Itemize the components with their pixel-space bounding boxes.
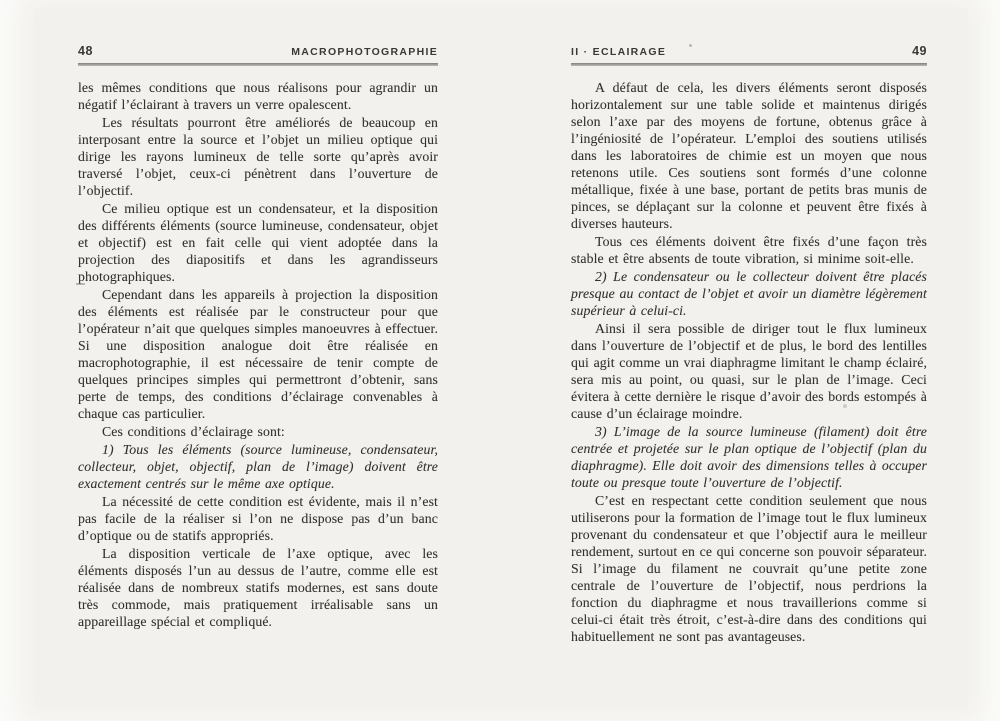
paragraph: Ce milieu optique est un condensateur, e… [78, 200, 438, 285]
paragraph: Ainsi il sera possible de diriger tout l… [571, 320, 927, 422]
page-left-body: les mêmes conditions que nous réalisons … [78, 79, 438, 630]
scan-artifact [76, 283, 85, 285]
page-left-header: 48 MACROPHOTOGRAPHIE [78, 44, 438, 58]
paragraph: 2) Le condensateur ou le collecteur doiv… [571, 268, 927, 319]
paragraph: C’est en respectant cette condition seul… [571, 492, 927, 645]
paragraph: 1) Tous les éléments (source lumineuse, … [78, 441, 438, 492]
page-number-right: 49 [912, 44, 927, 58]
page-number-left: 48 [78, 44, 93, 58]
paragraph: les mêmes conditions que nous réalisons … [78, 79, 438, 113]
paragraph: Tous ces éléments doivent être fixés d’u… [571, 233, 927, 267]
page-right-header: II · ECLAIRAGE 49 [571, 44, 927, 58]
paragraph: Cependant dans les appareils à projectio… [78, 286, 438, 422]
page-left: 48 MACROPHOTOGRAPHIE les mêmes condition… [78, 44, 438, 630]
scan-artifact [843, 404, 847, 408]
paragraph: La disposition verticale de l’axe optiqu… [78, 545, 438, 630]
header-rule-right [571, 63, 927, 66]
paragraph: Les résultats pourront être améliorés de… [78, 114, 438, 199]
scan-artifact [689, 44, 692, 47]
running-head-left: MACROPHOTOGRAPHIE [291, 46, 438, 58]
running-head-right: II · ECLAIRAGE [571, 46, 666, 58]
page-right: II · ECLAIRAGE 49 A défaut de cela, les … [571, 44, 927, 645]
page-right-body: A défaut de cela, les divers éléments se… [571, 79, 927, 645]
paragraph: Ces conditions d’éclairage sont: [78, 423, 438, 440]
paragraph: A défaut de cela, les divers éléments se… [571, 79, 927, 232]
paragraph: 3) L’image de la source lumineuse (filam… [571, 423, 927, 491]
header-rule-left [78, 63, 438, 66]
paragraph: La nécessité de cette condition est évid… [78, 493, 438, 544]
